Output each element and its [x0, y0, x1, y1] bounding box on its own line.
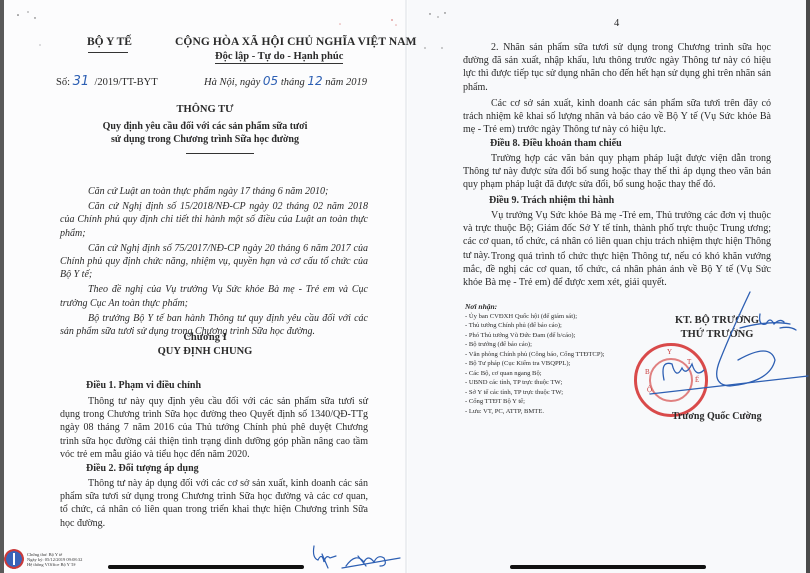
- recipient-item: Phó Thủ tướng Vũ Đức Đam (để b/cáo);: [465, 331, 605, 341]
- national-motto: Độc lập - Tự do - Hạnh phúc: [215, 51, 343, 64]
- recipients-list: Nơi nhận: Ủy ban CVĐXH Quốc hội (để giám…: [465, 302, 605, 416]
- chapter-heading: Chương I QUY ĐỊNH CHUNG: [4, 331, 406, 359]
- article-1-heading: Điều 1. Phạm vi điều chỉnh: [86, 380, 201, 391]
- article-8-text: Trường hợp các văn bản quy phạm pháp luậ…: [463, 152, 771, 192]
- preamble-item: Căn cứ Luật an toàn thực phẩm ngày 17 th…: [60, 185, 368, 198]
- recipient-item: Sở Y tế các tỉnh, TP trực thuộc TW;: [465, 388, 605, 398]
- article-2-heading: Điều 2. Đối tượng áp dụng: [86, 463, 199, 474]
- document-subtitle: Quy định yêu cầu đối với các sản phẩm sữ…: [4, 120, 406, 146]
- signer-name: Trương Quốc Cường: [672, 411, 762, 422]
- issuing-ministry: BỘ Y TẾ: [87, 36, 132, 48]
- document-date: Hà Nội, ngày 05 tháng 12 năm 2019: [204, 74, 367, 88]
- recipient-item: Ủy ban CVĐXH Quốc hội (để giám sát);: [465, 312, 605, 322]
- subtitle-line-2: sử dụng trong Chương trình Sữa học đường: [4, 133, 406, 146]
- number-prefix: Số:: [56, 77, 73, 88]
- article-8-body: Trường hợp các văn bản quy phạm pháp luậ…: [463, 152, 771, 192]
- recipient-item: Các Bộ, cơ quan ngang Bộ;: [465, 369, 605, 379]
- item-2-text: 2. Nhãn sản phẩm sữa tươi sử dụng trong …: [463, 41, 771, 94]
- article-9-text-2: Trong quá trình tổ chức thực hiện Thông …: [463, 250, 771, 290]
- date-prefix: Hà Nội, ngày: [204, 77, 263, 88]
- paragraph-report: Các cơ sở sản xuất, kinh doanh các sản p…: [463, 97, 771, 137]
- ministry-underline: [88, 52, 128, 53]
- article-1-body: Thông tư này quy định yêu cầu đối với cá…: [60, 395, 368, 461]
- handwritten-signature-icon: [620, 290, 810, 410]
- stamp-line-3: Hệ thống VOffice Bộ Y Tế: [27, 562, 82, 567]
- article-9-heading: Điều 9. Trách nhiệm thi hành: [489, 195, 614, 206]
- report-text: Các cơ sở sản xuất, kinh doanh các sản p…: [463, 97, 771, 137]
- recipient-item: Bộ trưởng (để báo cáo);: [465, 340, 605, 350]
- date-suffix: năm 2019: [323, 77, 367, 88]
- window-frame-right: [806, 0, 810, 573]
- preamble: Căn cứ Luật an toàn thực phẩm ngày 17 th…: [60, 185, 368, 340]
- chapter-label: Chương I: [4, 331, 406, 345]
- article-9-body-2: Trong quá trình tổ chức thực hiện Thông …: [463, 250, 771, 290]
- recipient-item: UBND các tỉnh, TP trực thuộc TW;: [465, 378, 605, 388]
- recipient-item: Cổng TTĐT Bộ Y tế;: [465, 397, 605, 407]
- stamp-text: Chứng thư: Bộ Y tế Ngày ký: 05/12/2019 0…: [27, 552, 82, 567]
- stamp-line-2: Ngày ký: 05/12/2019 09:08:32: [27, 557, 82, 562]
- recipient-item: Văn phòng Chính phủ (Công báo, Cổng TTĐT…: [465, 350, 605, 360]
- recipient-item: Lưu: VT, PC, ATTP, BMTE.: [465, 407, 605, 417]
- preamble-item: Căn cứ Nghị định số 75/2017/NĐ-CP ngày 2…: [60, 242, 368, 282]
- home-indicator-bar-left: [108, 565, 304, 569]
- digital-signature-stamp: Chứng thư: Bộ Y tế Ngày ký: 05/12/2019 0…: [4, 549, 82, 569]
- initials-signature-icon: [308, 540, 408, 572]
- date-day: 05: [263, 74, 278, 88]
- recipients-title: Nơi nhận:: [465, 302, 605, 312]
- number-handwritten: 31: [73, 74, 90, 89]
- preamble-item: Căn cứ Nghị định số 15/2018/NĐ-CP ngày 0…: [60, 200, 368, 240]
- ministry-seal-icon: [4, 549, 24, 569]
- page-divider: [405, 0, 407, 573]
- date-mid: tháng: [278, 77, 307, 88]
- page-number: 4: [614, 18, 619, 29]
- document-number: Số: 31 /2019/TT-BYT: [56, 74, 158, 89]
- chapter-title: QUY ĐỊNH CHUNG: [4, 345, 406, 359]
- subtitle-line-1: Quy định yêu cầu đối với các sản phẩm sữ…: [4, 120, 406, 133]
- document-title: THÔNG TƯ: [4, 104, 406, 115]
- national-title: CỘNG HÒA XÃ HỘI CHỦ NGHĨA VIỆT NAM: [175, 36, 417, 48]
- number-suffix: /2019/TT-BYT: [89, 77, 157, 88]
- article-8-heading: Điều 8. Điều khoản tham chiếu: [490, 138, 622, 149]
- title-rule: [186, 153, 254, 154]
- recipient-item: Thủ tướng Chính phủ (để báo cáo);: [465, 321, 605, 331]
- preamble-item: Theo đề nghị của Vụ trưởng Vụ Sức khỏe B…: [60, 283, 368, 309]
- recipient-item: Bộ Tư pháp (Cục Kiểm tra VBQPPL);: [465, 359, 605, 369]
- paragraph-label-transition: 2. Nhãn sản phẩm sữa tươi sử dụng trong …: [463, 41, 771, 94]
- article-1-text: Thông tư này quy định yêu cầu đối với cá…: [60, 395, 368, 461]
- date-month: 12: [307, 74, 322, 88]
- article-2-body: Thông tư này áp dụng đối với các cơ sở s…: [60, 477, 368, 530]
- home-indicator-bar-right: [510, 565, 706, 569]
- article-2-text: Thông tư này áp dụng đối với các cơ sở s…: [60, 477, 368, 530]
- recipient-items: Ủy ban CVĐXH Quốc hội (để giám sát);Thủ …: [465, 312, 605, 417]
